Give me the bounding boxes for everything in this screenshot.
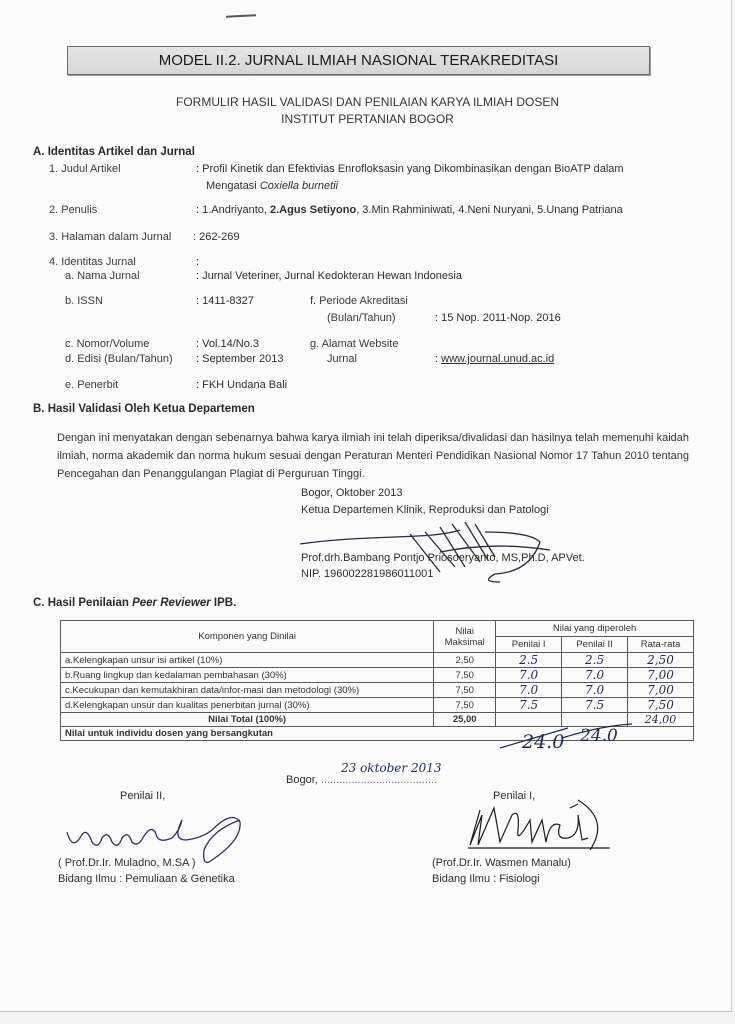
score-max: 7,50 xyxy=(434,683,496,698)
website-value-wrap: : www.journal.unud.ac.id xyxy=(435,353,554,365)
judul-value: : Profil Kinetik dan Efektivias Enroflok… xyxy=(196,163,624,175)
periode-value: : 15 Nop. 2011-Nop. 2016 xyxy=(435,312,561,324)
col-average: Rata-rata xyxy=(628,637,694,653)
score-reviewer1: 2.5 xyxy=(496,653,562,668)
reviewer2-title: Penilai II, xyxy=(120,790,165,802)
section-c-heading-italic: Peer Reviewer xyxy=(132,597,211,609)
judul-plain: Mengatasi xyxy=(206,180,260,192)
score-component: b.Ruang lingkup dan kedalaman pembahasan… xyxy=(61,668,434,683)
score-reviewer2: 7.0 xyxy=(562,668,628,683)
score-reviewer2: 7.5 xyxy=(562,698,628,713)
penulis-label: 2. Penulis xyxy=(49,204,97,216)
col-max-line2: Maksimal xyxy=(445,637,485,648)
nomor-label: c. Nomor/Volume xyxy=(65,338,149,350)
authors-rest: , 3.Min Rahminiwati, 4.Neni Nuryani, 5.U… xyxy=(356,204,623,216)
score-reviewer2: 7.0 xyxy=(562,683,628,698)
table-row: c.Kecukupan dan kemutakhiran data/infor-… xyxy=(61,683,694,698)
scan-mark xyxy=(226,14,256,18)
website-link[interactable]: www.journal.unud.ac.id xyxy=(441,353,554,365)
score-average: 2,50 xyxy=(628,653,694,668)
score-reviewer2: 2.5 xyxy=(562,653,628,668)
penerbit-label: e. Penerbit xyxy=(65,379,118,391)
underline-stroke xyxy=(560,722,640,742)
section-c-heading-text: C. Hasil Penilaian xyxy=(33,597,132,609)
table-row: d.Kelengkapan unsur dan kualitas penerbi… xyxy=(61,698,694,713)
section-c-heading-end: IPB. xyxy=(211,597,237,609)
review-date-dots: ...................................... xyxy=(321,774,437,786)
edisi-label: d. Edisi (Bulan/Tahun) xyxy=(65,353,173,365)
reviewer1-signature xyxy=(460,780,620,860)
issn-value: : 1411-8327 xyxy=(196,295,254,307)
reviewer1-name: (Prof.Dr.Ir. Wasmen Manalu) xyxy=(432,857,571,869)
score-component: a.Kelengkapan unsur isi artikel (10%) xyxy=(61,653,434,668)
table-header-row: Komponen yang Dinilai NilaiMaksimal Nila… xyxy=(61,621,694,637)
penerbit-value: : FKH Undana Bali xyxy=(196,379,287,391)
department-head-name: Prof.drh.Bambang Pontjo Priosoeryanto, M… xyxy=(301,552,585,564)
col-max: NilaiMaksimal xyxy=(434,621,496,653)
section-b-heading: B. Hasil Validasi Oleh Ketua Departemen xyxy=(33,403,255,415)
nama-jurnal-label: a. Nama Jurnal xyxy=(65,270,140,282)
review-date-handwritten: 23 oktober 2013 xyxy=(341,761,442,775)
reviewer2-name: ( Prof.Dr.Ir. Muladno, M.SA ) xyxy=(58,857,196,869)
department-head-nip: NIP. 196002281986011001 xyxy=(301,568,433,580)
review-place-label: Bogor, xyxy=(286,774,321,786)
author-2: 2.Agus Setiyono xyxy=(270,204,356,216)
score-reviewer1: 7.5 xyxy=(496,698,562,713)
col-reviewer2: Penilai II xyxy=(562,637,628,653)
section-c-heading: C. Hasil Penilaian Peer Reviewer IPB. xyxy=(33,597,236,609)
edisi-value: : September 2013 xyxy=(196,353,283,365)
score-component: d.Kelengkapan unsur dan kualitas penerbi… xyxy=(61,698,434,713)
judul-label: 1. Judul Artikel xyxy=(49,163,121,175)
validation-place-date: Bogor, Oktober 2013 xyxy=(301,487,403,499)
form-title-line1: FORMULIR HASIL VALIDASI DAN PENILAIAN KA… xyxy=(0,95,735,109)
form-title-line2: INSTITUT PERTANIAN BOGOR xyxy=(0,112,735,126)
score-average: 7,00 xyxy=(628,683,694,698)
periode-sublabel: (Bulan/Tahun) xyxy=(327,312,396,324)
col-obtained: Nilai yang diperoleh xyxy=(496,621,694,637)
judul-value-line2: Mengatasi Coxiella burnetii xyxy=(206,180,338,192)
periode-label: f. Periode Akreditasi xyxy=(310,295,408,307)
issn-label: b. ISSN xyxy=(65,295,103,307)
model-title: MODEL II.2. JURNAL ILMIAH NASIONAL TERAK… xyxy=(159,52,559,69)
website-label: g. Alamat Website xyxy=(310,338,398,350)
judul-italic: Coxiella burnetii xyxy=(260,180,338,192)
identitas-colon: : xyxy=(196,256,199,268)
website-sublabel: Jurnal xyxy=(327,353,357,365)
model-title-box: MODEL II.2. JURNAL ILMIAH NASIONAL TERAK… xyxy=(67,46,650,75)
halaman-label: 3. Halaman dalam Jurnal xyxy=(49,231,171,243)
score-average: 7,00 xyxy=(628,668,694,683)
total-max: 25,00 xyxy=(434,713,496,727)
nama-jurnal-value: : Jurnal Veteriner, Jurnal Kedokteran He… xyxy=(196,270,462,282)
score-component: c.Kecukupan dan kemutakhiran data/infor-… xyxy=(61,683,434,698)
col-component: Komponen yang Dinilai xyxy=(61,621,434,653)
penulis-value: : 1.Andriyanto, 2.Agus Setiyono, 3.Min R… xyxy=(196,204,623,216)
section-a-heading: A. Identitas Artikel dan Jurnal xyxy=(33,146,195,158)
score-reviewer1: 7.0 xyxy=(496,668,562,683)
review-place: Bogor, .................................… xyxy=(286,774,437,786)
nomor-value: : Vol.14/No.3 xyxy=(196,338,259,350)
score-max: 7,50 xyxy=(434,668,496,683)
reviewer1-field: Bidang Ilmu : Fisiologi xyxy=(432,873,540,885)
col-max-line1: Nilai xyxy=(455,626,473,637)
table-row: b.Ruang lingkup dan kedalaman pembahasan… xyxy=(61,668,694,683)
reviewer2-field: Bidang Ilmu : Pemuliaan & Genetika xyxy=(58,873,235,885)
total-label: Nilai Total (100%) xyxy=(61,713,434,727)
score-reviewer1: 7.0 xyxy=(496,683,562,698)
score-max: 7,50 xyxy=(434,698,496,713)
score-max: 2,50 xyxy=(434,653,496,668)
validation-paragraph: Dengan ini menyatakan dengan sebenarnya … xyxy=(57,429,689,483)
author-1: 1.Andriyanto, xyxy=(202,204,270,216)
halaman-value: : 262-269 xyxy=(193,231,239,243)
table-row: a.Kelengkapan unsur isi artikel (10%)2,5… xyxy=(61,653,694,668)
document-page: MODEL II.2. JURNAL ILMIAH NASIONAL TERAK… xyxy=(0,0,732,1012)
col-reviewer1: Penilai I xyxy=(496,637,562,653)
identitas-label: 4. Identitas Jurnal xyxy=(49,256,136,268)
score-average: 7,50 xyxy=(628,698,694,713)
